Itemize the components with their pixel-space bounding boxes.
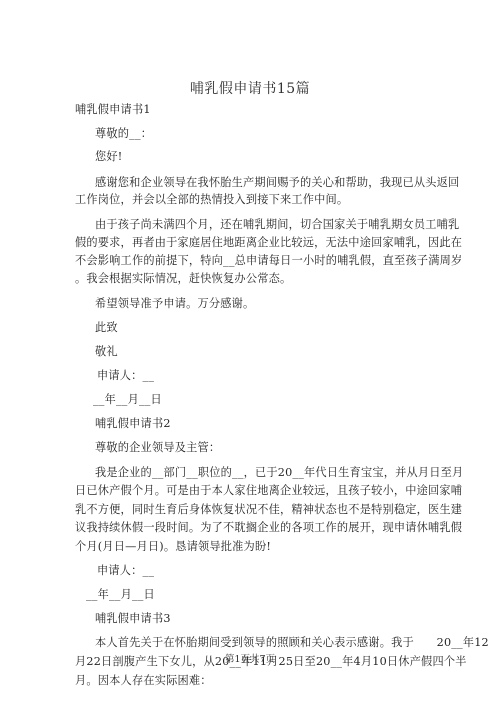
- document-line: 乳不方便，同时生育后身体恢复状况不佳，精神状态也不是特别稳定，医生建: [75, 503, 462, 517]
- document-line: 个月(月日—月日)。恳请领导批准为盼!: [75, 540, 271, 554]
- document-line: 希望领导准予申请。万分感谢。: [95, 297, 254, 311]
- document-line: 敬礼: [95, 345, 118, 359]
- document-line: 哺乳假申请书2: [95, 417, 171, 431]
- document-line: 日已休产假个月。可是由于本人家住地离企业较远，且孩子较小，中途回家哺: [75, 484, 462, 498]
- document-page: 哺乳假申请书15篇 哺乳假申请书1尊敬的__：您好!感谢您和企业领导在我怀胎生产…: [0, 0, 500, 708]
- document-line: 尊敬的__：: [95, 127, 152, 141]
- document-line: 哺乳假申请书1: [75, 103, 151, 117]
- document-line: 月。因本人存在实际困难：: [75, 674, 212, 688]
- document-line: 您好!: [95, 150, 122, 164]
- document-line: 尊敬的企业领导及主管：: [95, 441, 220, 455]
- document-line: 申请人：__: [97, 369, 154, 383]
- document-line: 感谢您和企业领导在我怀胎生产期间赐予的关心和帮助，我现已从头返回: [95, 176, 459, 190]
- document-line: 由于孩子尚未满四个月，还在哺乳期间，切合国家关于哺乳期女员工哺乳: [95, 218, 459, 232]
- document-line: 。我会根据实际情况，赶快恢复办公常态。: [75, 272, 291, 286]
- document-line: 我是企业的__部门__职位的__，已于20__年代日生育宝宝，并从月日至月: [95, 466, 463, 480]
- document-line: 议我持续休假一段时间。为了不耽搁企业的各项工作的展开，现申请休哺乳假: [75, 521, 462, 535]
- document-line: 此致: [95, 321, 118, 335]
- document-line: __年__月__日: [93, 393, 162, 407]
- document-line: 假的要求，再者由于家庭居住地距离企业比较远，无法中途回家哺乳，因此在: [75, 236, 462, 250]
- document-line: 工作岗位，并会以全部的热情投入到接下来工作中间。: [75, 193, 348, 207]
- document-line: 不会影响工作的前提下，特向__总申请每日一小时的哺乳假，直至孩子满周岁: [75, 254, 462, 268]
- document-title: 哺乳假申请书15篇: [0, 78, 500, 98]
- document-line: 哺乳假申请书3: [95, 612, 171, 626]
- page-footer: 第1页共7页: [0, 651, 500, 665]
- document-line: __年__月__日: [86, 588, 155, 602]
- document-line: 本人首先关于在怀胎期间受到领导的照顾和关心表示感谢。我于 20__年12: [95, 636, 489, 650]
- document-line: 申请人：__: [97, 564, 154, 578]
